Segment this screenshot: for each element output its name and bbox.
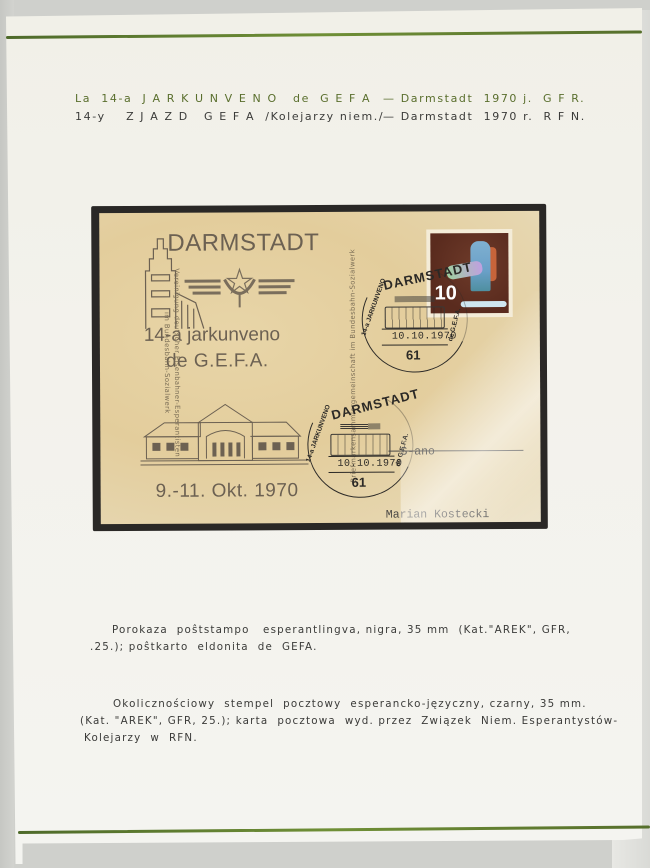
- description-polish-line1: Okolicznościowy stempel pocztowy esperan…: [113, 696, 587, 713]
- cachet-city: DARMSTADT: [167, 229, 319, 258]
- header-title-polish: 14-y Z J A Z D G E F A /Kolejarzy niem./: [75, 110, 384, 123]
- winged-star-emblem-icon: [184, 267, 294, 310]
- postmark-code: 61: [406, 347, 421, 362]
- postcard: DARMSTADT 14-a jarkunveno de G.E.F.A.: [99, 211, 541, 524]
- recipient-address: S-ano Marian Kostecki Karmelicka 46 Krak…: [400, 399, 490, 524]
- cachet-side-text-left: Vereinigung deutscher Eisenbahner-Espera…: [161, 233, 182, 493]
- description-esperanto-line2: .25.); poŝtkarto eldonita de GEFA.: [90, 639, 318, 656]
- locomotive-icon: [330, 434, 390, 456]
- header-title-esperanto: La 14-a J A R K U N V E N O de G E F A: [75, 92, 371, 105]
- address-name: Marian Kostecki: [386, 504, 490, 524]
- address-salutation: S-ano: [400, 441, 489, 462]
- postmark-code: 61: [352, 475, 367, 490]
- winged-emblem-icon: [395, 296, 435, 302]
- locomotive-icon: [385, 306, 445, 328]
- winged-emblem-icon: [340, 424, 380, 430]
- header-place-esperanto: — Darmstadt 1970 j. G F R.: [383, 92, 585, 105]
- postmark-date: 10.10.1970: [392, 331, 457, 342]
- description-polish-line2: (Kat. "AREK", GFR, 25.); karta pocztowa …: [80, 713, 618, 730]
- postmark-date: 10.10.1970: [337, 459, 402, 470]
- description-polish-line3: Kolejarzy w RFN.: [84, 730, 198, 747]
- description-esperanto-line1: Porokaza poŝtstampo esperantlingva, nigr…: [112, 622, 571, 639]
- header-place-polish: — Darmstadt 1970 r. R F N.: [383, 110, 586, 123]
